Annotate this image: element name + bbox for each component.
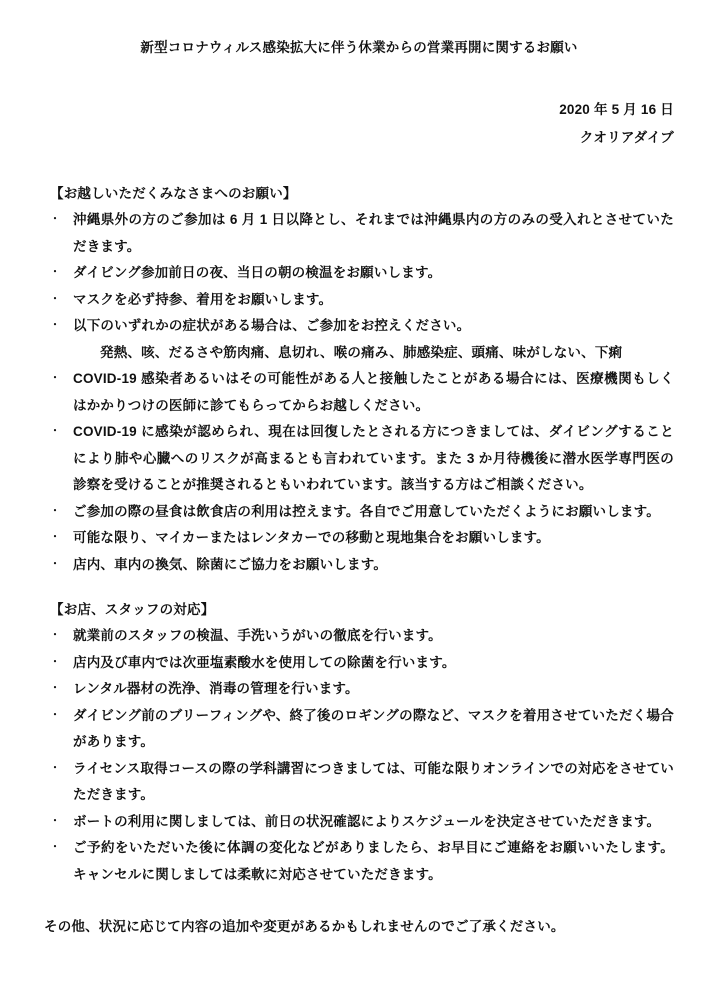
list-item-text: レンタル器材の洗浄、消毒の管理を行います。 [73,676,674,703]
list-item: ・ ダイビング参加前日の夜、当日の朝の検温をお願いします。 [50,260,674,287]
bullet-icon: ・ [50,756,73,783]
list-item: ・ 以下のいずれかの症状がある場合は、ご参加をお控えください。 発熱、咳、だるさ… [50,313,674,366]
list-item-text: ダイビング前のブリーフィングや、終了後のロギングの際など、マスクを着用させていた… [73,703,674,756]
bullet-icon: ・ [50,835,73,862]
list-item-main-text: 以下のいずれかの症状がある場合は、ご参加をお控えください。 [73,318,470,333]
list-item: ・ 沖縄県外の方のご参加は 6 月 1 日以降とし、それまでは沖縄県内の方のみの… [50,207,674,260]
list-item: ・ ご参加の際の昼食は飲食店の利用は控えます。各自でご用意していただくようにお願… [50,499,674,526]
bullet-icon: ・ [50,313,73,340]
bullet-icon: ・ [50,552,73,579]
list-item-text: 沖縄県外の方のご参加は 6 月 1 日以降とし、それまでは沖縄県内の方のみの受入… [73,207,674,260]
list-item: ・ 就業前のスタッフの検温、手洗いうがいの徹底を行います。 [50,623,674,650]
list-item-text: ご予約をいただいた後に体調の変化などがありましたら、お早目にご連絡をお願いいたし… [73,835,674,888]
document-meta: 2020 年 5 月 16 日 クオリアダイブ [44,96,674,152]
list-item: ・ 店内、車内の換気、除菌にご協力をお願いします。 [50,552,674,579]
list-item: ・ レンタル器材の洗浄、消毒の管理を行います。 [50,676,674,703]
list-item-text: ボートの利用に関しましては、前日の状況確認によりスケジュールを決定させていただき… [73,809,674,836]
bullet-icon: ・ [50,623,73,650]
section-heading: 【お越しいただくみなさまへのお願い】 [50,180,674,207]
list-item-text: ご参加の際の昼食は飲食店の利用は控えます。各自でご用意していただくようにお願いし… [73,499,674,526]
section-visitor-requests: 【お越しいただくみなさまへのお願い】 ・ 沖縄県外の方のご参加は 6 月 1 日… [44,180,674,578]
list-item-text: ダイビング参加前日の夜、当日の朝の検温をお願いします。 [73,260,674,287]
bullet-icon: ・ [50,207,73,234]
list-item-text: 就業前のスタッフの検温、手洗いうがいの徹底を行います。 [73,623,674,650]
list-item-text: 可能な限り、マイカーまたはレンタカーでの移動と現地集合をお願いします。 [73,525,674,552]
document-author: クオリアダイブ [44,124,674,152]
list-item: ・ ご予約をいただいた後に体調の変化などがありましたら、お早目にご連絡をお願いい… [50,835,674,888]
symptom-list: 発熱、咳、だるさや筋肉痛、息切れ、喉の痛み、肺感染症、頭痛、味がしない、下痢 [73,340,674,367]
section-shop-staff-measures: 【お店、スタッフの対応】 ・ 就業前のスタッフの検温、手洗いうがいの徹底を行いま… [44,596,674,888]
section-heading: 【お店、スタッフの対応】 [50,596,674,623]
bullet-icon: ・ [50,809,73,836]
document-page: 新型コロナウィルス感染拡大に伴う休業からの営業再開に関するお願い 2020 年 … [0,0,712,1006]
bullet-list: ・ 沖縄県外の方のご参加は 6 月 1 日以降とし、それまでは沖縄県内の方のみの… [44,207,674,578]
list-item-text: COVID-19 に感染が認められ、現在は回復したとされる方につきましては、ダイ… [73,419,674,499]
list-item-text: マスクを必ず持参、着用をお願いします。 [73,287,674,314]
list-item-text: COVID-19 感染者あるいはその可能性がある人と接触したことがある場合には、… [73,366,674,419]
bullet-icon: ・ [50,419,73,446]
bullet-icon: ・ [50,287,73,314]
document-title: 新型コロナウィルス感染拡大に伴う休業からの営業再開に関するお願い [44,38,674,58]
bullet-icon: ・ [50,703,73,730]
list-item: ・ ダイビング前のブリーフィングや、終了後のロギングの際など、マスクを着用させて… [50,703,674,756]
bullet-icon: ・ [50,650,73,677]
bullet-icon: ・ [50,676,73,703]
list-item: ・ 可能な限り、マイカーまたはレンタカーでの移動と現地集合をお願いします。 [50,525,674,552]
list-item: ・ マスクを必ず持参、着用をお願いします。 [50,287,674,314]
list-item: ・ COVID-19 に感染が認められ、現在は回復したとされる方につきましては、… [50,419,674,499]
bullet-icon: ・ [50,260,73,287]
bullet-list: ・ 就業前のスタッフの検温、手洗いうがいの徹底を行います。 ・ 店内及び車内では… [44,623,674,888]
bullet-icon: ・ [50,499,73,526]
list-item: ・ 店内及び車内では次亜塩素酸水を使用しての除菌を行います。 [50,650,674,677]
list-item: ・ ボートの利用に関しましては、前日の状況確認によりスケジュールを決定させていた… [50,809,674,836]
closing-note: その他、状況に応じて内容の追加や変更があるかもしれませんのでご了承ください。 [44,914,674,941]
list-item: ・ ライセンス取得コースの際の学科講習につきましては、可能な限りオンラインでの対… [50,756,674,809]
list-item-text: 以下のいずれかの症状がある場合は、ご参加をお控えください。 発熱、咳、だるさや筋… [73,313,674,366]
list-item: ・ COVID-19 感染者あるいはその可能性がある人と接触したことがある場合に… [50,366,674,419]
list-item-text: ライセンス取得コースの際の学科講習につきましては、可能な限りオンラインでの対応を… [73,756,674,809]
list-item-text: 店内及び車内では次亜塩素酸水を使用しての除菌を行います。 [73,650,674,677]
list-item-text: 店内、車内の換気、除菌にご協力をお願いします。 [73,552,674,579]
bullet-icon: ・ [50,366,73,393]
bullet-icon: ・ [50,525,73,552]
document-date: 2020 年 5 月 16 日 [44,96,674,124]
